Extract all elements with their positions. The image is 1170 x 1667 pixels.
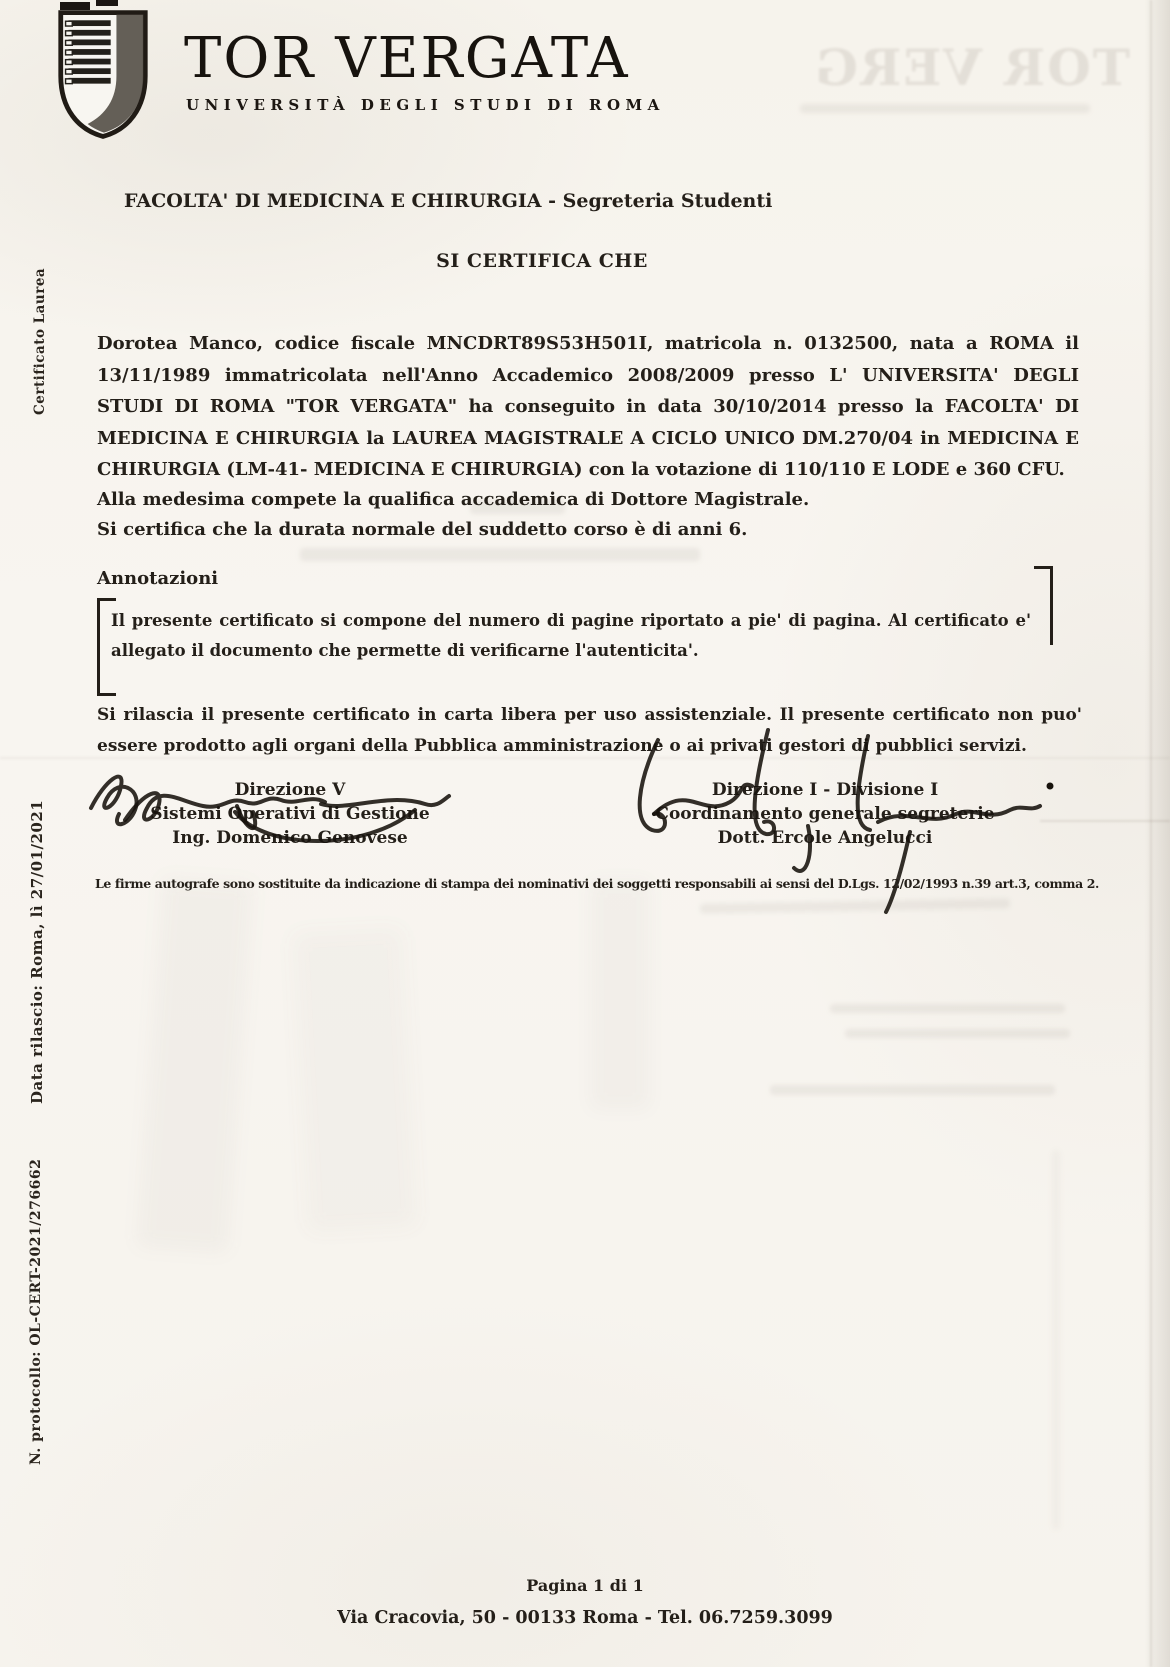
signature-scribble-left: [85, 750, 455, 860]
annotations-heading: Annotazioni: [97, 568, 218, 589]
certificate-type-label: Certificato Laurea: [32, 265, 48, 415]
scanned-certificate-page: TOR VERG: [0, 0, 1170, 1667]
footer-address: Via Cracovia, 50 - 00133 Roma - Tel. 06.…: [0, 1608, 1170, 1628]
legal-note: Le firme autografe sono sostituite da in…: [95, 876, 1055, 891]
university-title: TOR VERGATA: [184, 26, 630, 91]
page-indicator: Pagina 1 di 1: [0, 1576, 1170, 1595]
issue-date-label: Data rilascio: Roma, lì 27/01/2021: [28, 752, 46, 1104]
paper-edge-line: [1150, 0, 1152, 1667]
bleed-through-line: [770, 1085, 1055, 1095]
protocol-number-label: N. protocollo: OL-CERT-2021/276662: [28, 1115, 44, 1465]
bleed-through-blob: [292, 927, 418, 1232]
bleed-through-line: [800, 104, 1090, 113]
bleed-through-streak: [1052, 1150, 1060, 1530]
certificate-body-text: Dorotea Manco, codice fiscale MNCDRT89S5…: [97, 328, 1079, 486]
qualification-line: Alla medesima compete la qualifica accad…: [97, 484, 1079, 515]
university-subtitle: UNIVERSITÀ DEGLI STUDI DI ROMA: [186, 96, 665, 114]
bleed-through-blob: [137, 877, 253, 1252]
annotation-bracket-right: [1034, 566, 1053, 645]
bleed-through-line: [845, 1029, 1070, 1038]
paper-edge-shadow: [1144, 0, 1170, 1667]
faculty-line: FACOLTA' DI MEDICINA E CHIRURGIA - Segre…: [124, 190, 772, 212]
bleed-through-line: [830, 1004, 1065, 1013]
bleed-through-line: [300, 548, 700, 561]
certify-heading: SI CERTIFICA CHE: [97, 250, 987, 272]
scan-artifact: [96, 0, 118, 6]
tor-vergata-shield-icon: [55, 8, 151, 142]
signature-scribble-right: [618, 722, 1078, 887]
annotations-text: Il presente certificato si compone del n…: [111, 606, 1031, 666]
duration-line: Si certifica che la durata normale del s…: [97, 514, 1079, 545]
bleed-through-line: [700, 898, 1010, 913]
bleed-through-title: TOR VERG: [770, 38, 1130, 97]
signature-stroke-overlap: [880, 830, 950, 915]
bleed-through-blob: [590, 880, 650, 1110]
